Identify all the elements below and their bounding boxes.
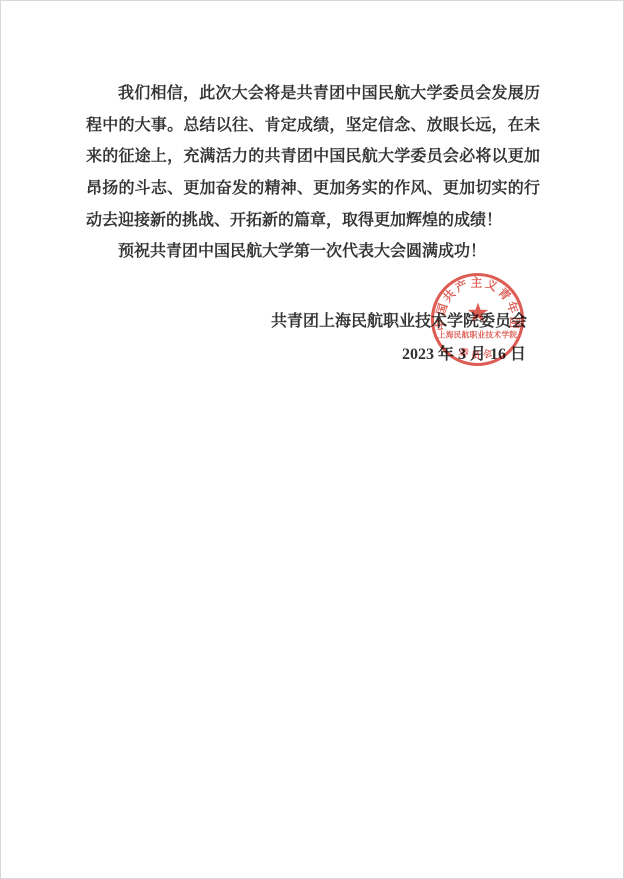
signature-block: 共青团上海民航职业技术学院委员会 2023 年 3 月 16 日	[86, 305, 540, 371]
document-body: 我们相信，此次大会将是共青团中国民航大学委员会发展历 程中的大事。总结以往、肯定…	[1, 1, 623, 371]
date-line: 2023 年 3 月 16 日	[86, 338, 540, 371]
paragraph1-line1: 我们相信，此次大会将是共青团中国民航大学委员会发展历	[86, 78, 540, 110]
paragraph1-line3: 来的征途上，充满活力的共青团中国民航大学委员会必将以更加	[86, 141, 540, 173]
paragraph2: 预祝共青团中国民航大学第一次代表大会圆满成功！	[86, 236, 540, 268]
document-page: 我们相信，此次大会将是共青团中国民航大学委员会发展历 程中的大事。总结以往、肯定…	[0, 0, 624, 879]
paragraph1-line2: 程中的大事。总结以往、肯定成绩，坚定信念、放眼长远，在未	[86, 110, 540, 142]
paragraph1-line4: 昂扬的斗志、更加奋发的精神、更加务实的作风、更加切实的行	[86, 173, 540, 205]
signature-line: 共青团上海民航职业技术学院委员会	[86, 305, 540, 338]
paragraph1-line5: 动去迎接新的挑战、开拓新的篇章，取得更加辉煌的成绩！	[86, 205, 540, 237]
